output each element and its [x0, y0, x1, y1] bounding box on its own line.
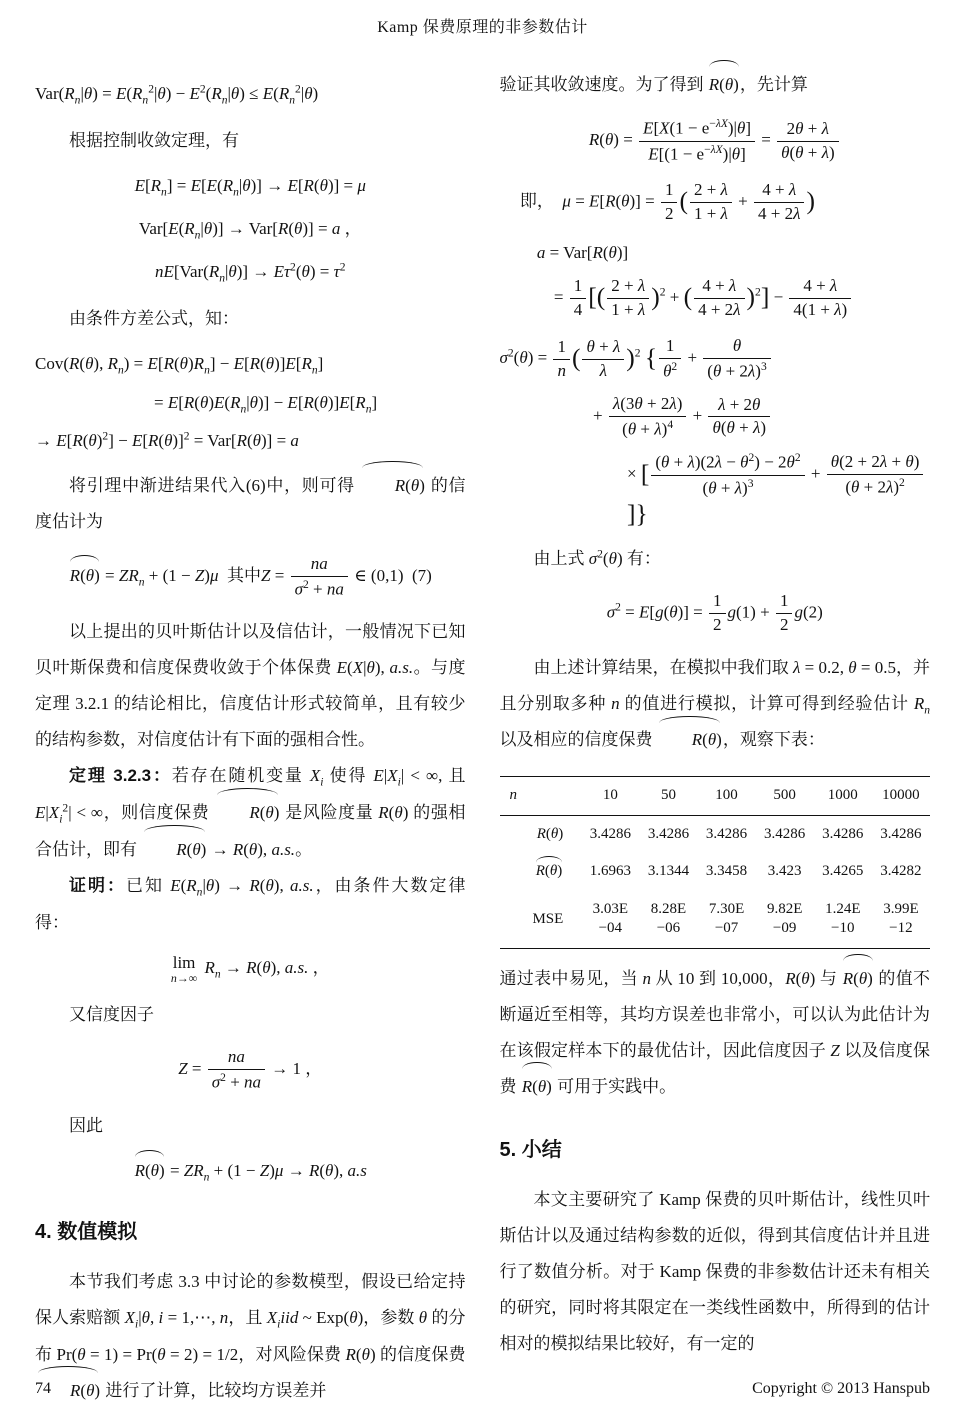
- copyright-notice: Copyright © 2013 Hanspub: [752, 1380, 930, 1398]
- formula-line: Cov(R(θ), Rn) = E[R(θ)Rn] − E[R(θ)]E[Rn]: [35, 350, 466, 380]
- para-verify-rate: 验证其收敛速度。为了得到 R(θ)，先计算: [500, 67, 931, 103]
- para-credibility-factor: 又信度因子: [35, 997, 466, 1033]
- para-theorem-3-2-3: 定理 3.2.3：若存在随机变量 Xi 使得 E|Xi| < ∞, 且 E|Xi…: [35, 758, 466, 868]
- table-cell: 3.4286: [756, 815, 814, 853]
- table-cell: 3.4286: [872, 815, 930, 853]
- formula-covariance-derivation: Cov(R(θ), Rn) = E[R(θ)Rn] − E[R(θ)]E[Rn]…: [35, 350, 466, 455]
- formula-limit-rn: limn→∞ Rn → R(θ), a.s. ，: [35, 954, 466, 984]
- formula-line: a = Var[R(θ)]: [500, 239, 931, 266]
- heading-section-4: 4. 数值模拟: [35, 1215, 466, 1244]
- table-col-header: 10: [581, 777, 639, 816]
- formula-line: × [(θ + λ)(2λ − θ2) − 2θ2(θ + λ)3 + θ(2 …: [500, 450, 931, 527]
- para-bayes-discussion: 以上提出的贝叶斯估计以及信估计，一般情况下已知贝叶斯保费和信度保费收敛于个体保费…: [35, 614, 466, 758]
- para-therefore: 因此: [35, 1108, 466, 1144]
- page-number: 74: [35, 1380, 51, 1398]
- left-column: Var(Rn|θ) = E(Rn2|θ) − E2(Rn|θ) ≤ E(Rn2|…: [35, 67, 466, 1409]
- simulation-table: n 10 50 100 500 1000 10000 R(θ) 3.4286 3…: [500, 776, 931, 949]
- table-col-header: 500: [756, 777, 814, 816]
- para-dominated-convergence: 根据控制收敛定理，有: [35, 123, 466, 159]
- table-cell: 3.423: [756, 853, 814, 891]
- formula-sigma-squared: σ2(θ) = 1n(θ + λλ)2 {1θ2 + θ(θ + 2λ)3 + …: [500, 335, 931, 527]
- table-header-row: n 10 50 100 500 1000 10000: [500, 777, 931, 816]
- table-corner-n: n: [500, 777, 582, 816]
- table-row-r-theta-hat: R(θ) 1.6963 3.1344 3.3458 3.423 3.4265 3…: [500, 853, 931, 891]
- para-from-sigma: 由上式 σ2(θ) 有：: [500, 541, 931, 577]
- table-cell: 7.30E−07: [698, 891, 756, 949]
- para-conclusion: 本文主要研究了 Kamp 保费的贝叶斯估计，线性贝叶斯估计以及通过结构参数的近似…: [500, 1182, 931, 1362]
- table-cell: 3.03E−04: [581, 891, 639, 949]
- row-label: R(θ): [500, 815, 582, 853]
- table-col-header: 100: [698, 777, 756, 816]
- table-cell: 3.4286: [814, 815, 872, 853]
- table-cell: 3.1344: [639, 853, 697, 891]
- page-header-title: Kamp 保费原理的非参数估计: [35, 14, 930, 37]
- para-proof: 证明：已知 E(Rn|θ) → R(θ), a.s.，由条件大数定律得：: [35, 868, 466, 941]
- table-cell: 8.28E−06: [639, 891, 697, 949]
- formula-line: = 14[(2 + λ1 + λ)2 + (4 + λ4 + 2λ)2] − 4…: [500, 275, 931, 322]
- formula-z-limit: Z = naσ2 + na → 1 ，: [35, 1046, 466, 1095]
- para-simulation-params: 由上述计算结果，在模拟中我们取 λ = 0.2, θ = 0.5，并且分别取多种…: [500, 650, 931, 759]
- formula-variance-limit: Var[E(Rn|θ)] → Var[R(θ)] = a ，: [35, 215, 466, 245]
- table-col-header: 1000: [814, 777, 872, 816]
- table-cell: 3.99E−12: [872, 891, 930, 949]
- paper-page: Kamp 保费原理的非参数估计 Var(Rn|θ) = E(Rn2|θ) − E…: [0, 0, 965, 1414]
- table-cell: 3.4286: [581, 815, 639, 853]
- right-column: 验证其收敛速度。为了得到 R(θ)，先计算 R(θ) = E[X(1 − e−λ…: [500, 67, 931, 1409]
- formula-sigma-expectation: σ2 = E[g(θ)] = 12g(1) + 12g(2): [500, 590, 931, 637]
- formula-a-derivation: a = Var[R(θ)] = 14[(2 + λ1 + λ)2 + (4 + …: [500, 239, 931, 322]
- table-cell: 3.4282: [872, 853, 930, 891]
- formula-credibility-estimator-7: R(θ) = ZRn + (1 − Z)μ 其中Z = naσ2 + na ∈ …: [35, 553, 466, 602]
- formula-line: σ2(θ) = 1n(θ + λλ)2 {1θ2 + θ(θ + 2λ)3: [500, 335, 931, 384]
- table-cell: 1.6963: [581, 853, 639, 891]
- table-col-header: 50: [639, 777, 697, 816]
- formula-mean-limit: E[Rn] = E[E(Rn|θ)] → E[R(θ)] = μ: [35, 172, 466, 202]
- formula-line: = E[R(θ)E(Rn|θ)] − E[R(θ)]E[Rn]: [35, 389, 466, 419]
- table-cell: 3.4286: [698, 815, 756, 853]
- table-col-header: 10000: [872, 777, 930, 816]
- formula-line: + λ(3θ + 2λ)(θ + λ)4 + λ + 2θθ(θ + λ): [500, 393, 931, 442]
- para-table-discussion: 通过表中易见，当 n 从 10 到 10,000，R(θ) 与 R(θ) 的值不…: [500, 961, 931, 1105]
- table-row-r-theta: R(θ) 3.4286 3.4286 3.4286 3.4286 3.4286 …: [500, 815, 931, 853]
- table-cell: 1.24E−10: [814, 891, 872, 949]
- table-cell: 3.4286: [639, 815, 697, 853]
- row-label: MSE: [500, 891, 582, 949]
- page-footer: 74 Copyright © 2013 Hanspub: [35, 1380, 930, 1398]
- table-row-mse: MSE 3.03E−04 8.28E−06 7.30E−07 9.82E−09 …: [500, 891, 931, 949]
- two-column-layout: Var(Rn|θ) = E(Rn2|θ) − E2(Rn|θ) ≤ E(Rn2|…: [35, 67, 930, 1409]
- formula-r-theta: R(θ) = E[X(1 − e−λX)|θ]E[(1 − e−λX)|θ] =…: [500, 116, 931, 166]
- row-label: R(θ): [500, 853, 582, 891]
- table-cell: 3.3458: [698, 853, 756, 891]
- formula-variance-bound: Var(Rn|θ) = E(Rn2|θ) − E2(Rn|θ) ≤ E(Rn2|…: [35, 80, 466, 110]
- formula-mu: 即， μ = E[R(θ)] = 12(2 + λ1 + λ + 4 + λ4 …: [500, 179, 931, 226]
- formula-credibility-convergence: R(θ) = ZRn + (1 − Z)μ → R(θ), a.s: [35, 1157, 466, 1187]
- formula-line: → E[R(θ)2] − E[R(θ)]2 = Var[R(θ)] = a: [35, 427, 466, 454]
- table-cell: 9.82E−09: [756, 891, 814, 949]
- para-substitute-lemma: 将引理中渐进结果代入(6)中，则可得 R(θ) 的信度估计为: [35, 468, 466, 540]
- table-cell: 3.4265: [814, 853, 872, 891]
- heading-section-5: 5. 小结: [500, 1133, 931, 1162]
- formula-n-variance-limit: nE[Var(Rn|θ)] → Eτ2(θ) = τ2: [35, 258, 466, 288]
- para-conditional-variance: 由条件方差公式，知：: [35, 301, 466, 337]
